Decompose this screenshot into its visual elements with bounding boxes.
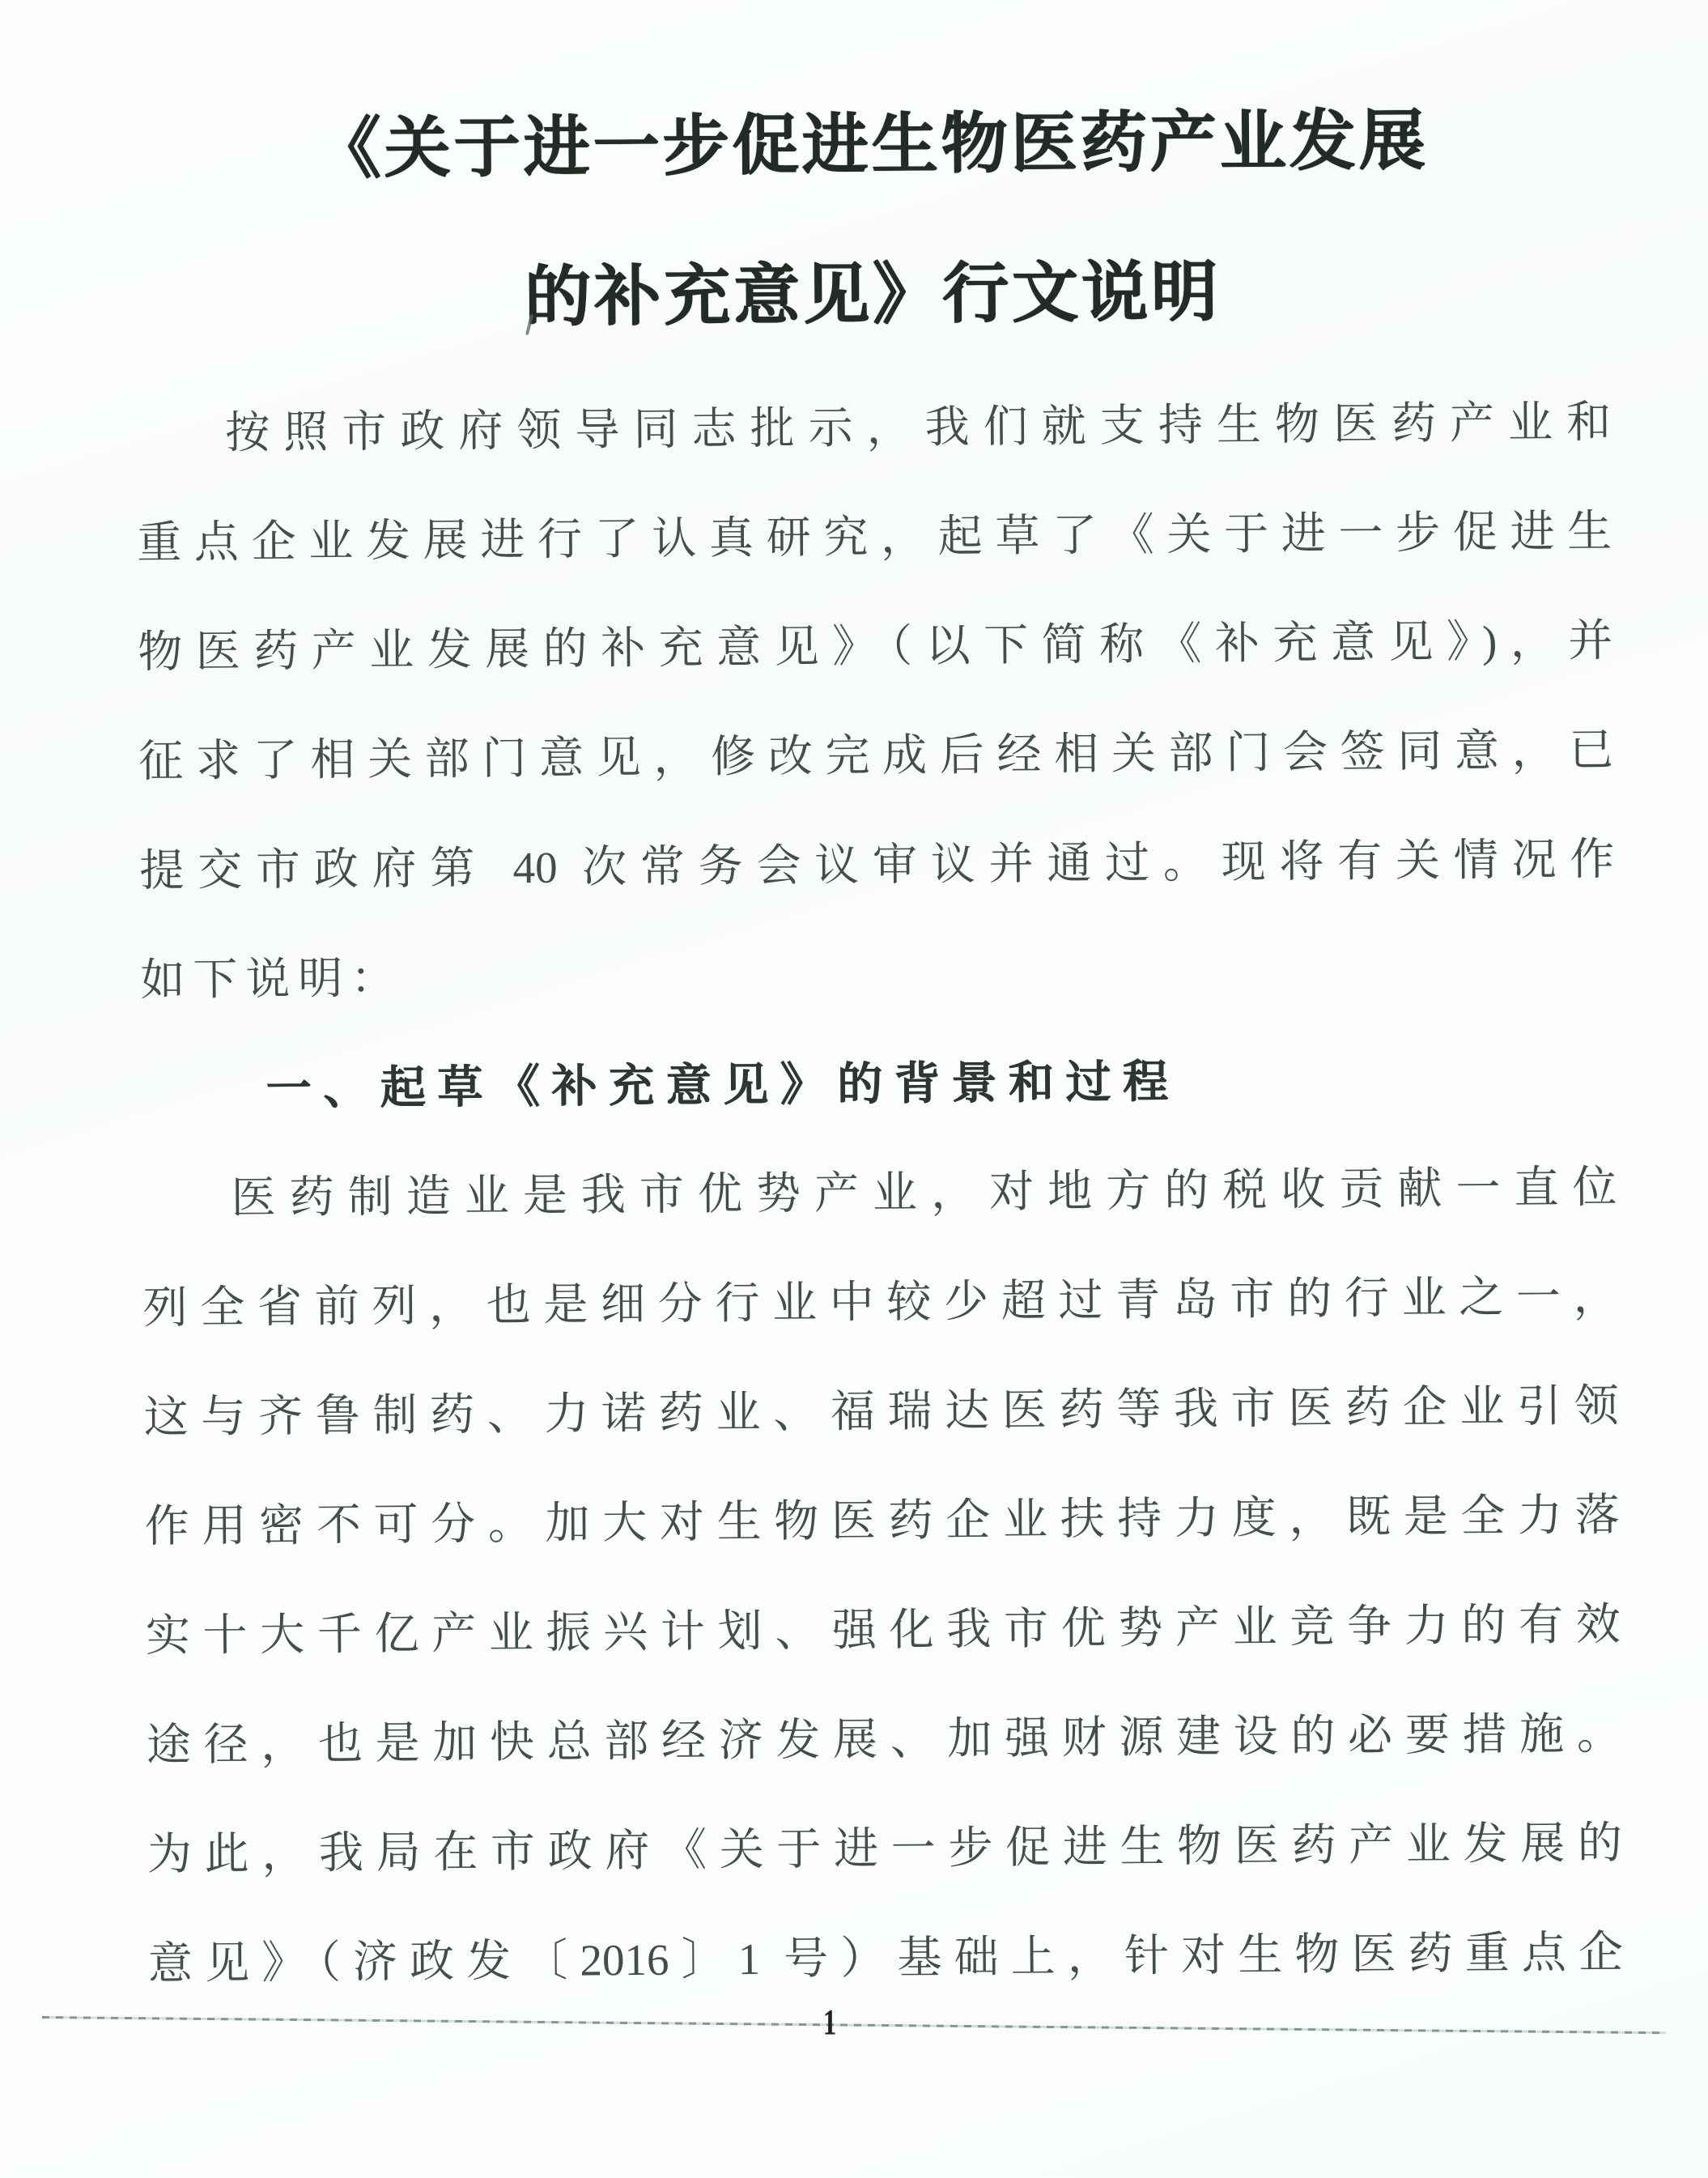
page-number: 1 [823,2001,837,2043]
background-paragraph: 医药制造业是我市优势产业，对地方的税收贡献一直位 列全省前列，也是细分行业中较少… [142,1133,1623,2018]
paragraph-line: 医药制造业是我市优势产业，对地方的税收贡献一直位 [142,1133,1617,1253]
page-content: 《关于进一步促进生物医药产业发展 的补充意见》行文说明 按照市政府领导同志批示，… [133,0,1623,2018]
paragraph-line: 途径，也是加快总部经济发展、加强财源建设的必要措施。 [146,1678,1621,1799]
paragraph-line: 这与齐鲁制药、力诺药业、福瑞达医药等我市医药企业引领 [143,1351,1619,1472]
paragraph-line: 物医药产业发展的补充意见》（以下简称《补充意见》)，并 [138,586,1613,707]
paragraph-line: 实十大千亿产业振兴计划、强化我市优势产业竞争力的有效 [145,1570,1621,1691]
intro-paragraph: 按照市政府领导同志批示，我们就支持生物医药产业和 重点企业发展进行了认真研究，起… [136,368,1616,1035]
paragraph-line: 为此，我局在市政府《关于进一步促进生物医药产业发展的 [147,1788,1622,1908]
paragraph-line: 提交市政府第 40 次常务会议审议并通过。现将有关情况作 [139,805,1615,925]
footer-divider [42,2016,1666,2034]
document-page: 《关于进一步促进生物医药产业发展 的补充意见》行文说明 按照市政府领导同志批示，… [0,0,1708,2178]
page-title: 《关于进一步促进生物医药产业发展 的补充意见》行文说明 [134,65,1611,376]
paragraph-line: 如下说明： [140,914,1616,1035]
title-line-2: 的补充意见》行文说明 [134,215,1610,376]
paragraph-line: 按照市政府领导同志批示，我们就支持生物医药产业和 [136,368,1612,488]
section-heading: 一、起草《补充意见》的背景和过程 [141,1023,1617,1144]
paragraph-line: 列全省前列，也是细分行业中较少超过青岛市的行业之一， [142,1242,1618,1363]
paragraph-line: 征求了相关部门意见，修改完成后经相关部门会签同意，已 [138,696,1614,816]
paragraph-line: 重点企业发展进行了认真研究，起草了《关于进一步促进生 [137,477,1612,598]
paragraph-line: 意见》（济政发〔2016〕1 号）基础上，针对生物医药重点企 [147,1897,1623,2018]
paragraph-line: 作用密不可分。加大对生物医药企业扶持力度，既是全力落 [144,1461,1620,1581]
title-line-1: 《关于进一步促进生物医药产业发展 [134,65,1609,226]
